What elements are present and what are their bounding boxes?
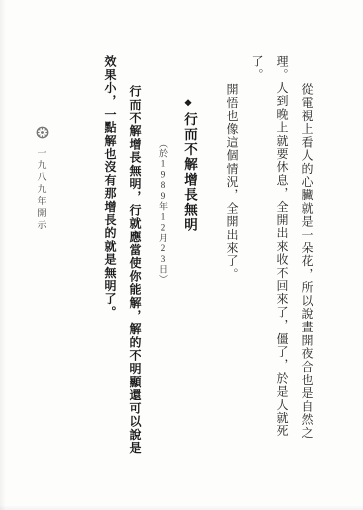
section-date: （於1989年12月23日） [158, 139, 168, 284]
main-text-block: 從電視上看人的心臟就是一朵花，所以說晝開夜合也是自然之理。人到晚上就要休息，全開… [97, 55, 319, 460]
book-page: 從電視上看人的心臟就是一朵花，所以說晝開夜合也是自然之理。人到晚上就要休息，全開… [0, 0, 363, 510]
scan-edge-shading [0, 505, 363, 510]
diamond-icon: ❖ [184, 99, 194, 109]
edge-label: 一九八九年開示 [34, 126, 50, 232]
paragraph-2: 開悟也像這個情況，全開出來了。 [219, 55, 244, 460]
verse-paragraph: 行而不解增長無明，行就應當使你能解，解的不明顯還可以說是效果小，一點解也沒有那增… [97, 55, 147, 460]
paragraph-1: 從電視上看人的心臟就是一朵花，所以說晝開夜合也是自然之理。人到晚上就要休息，全開… [244, 55, 319, 460]
emblem-stamp-icon [36, 126, 49, 139]
scan-edge-shading [0, 0, 6, 510]
section-heading: ❖行而不解增長無明（於1989年12月23日） [150, 55, 202, 460]
edge-label-text: 一九八九年開示 [36, 148, 49, 232]
section-title: 行而不解增長無明 [182, 112, 197, 233]
